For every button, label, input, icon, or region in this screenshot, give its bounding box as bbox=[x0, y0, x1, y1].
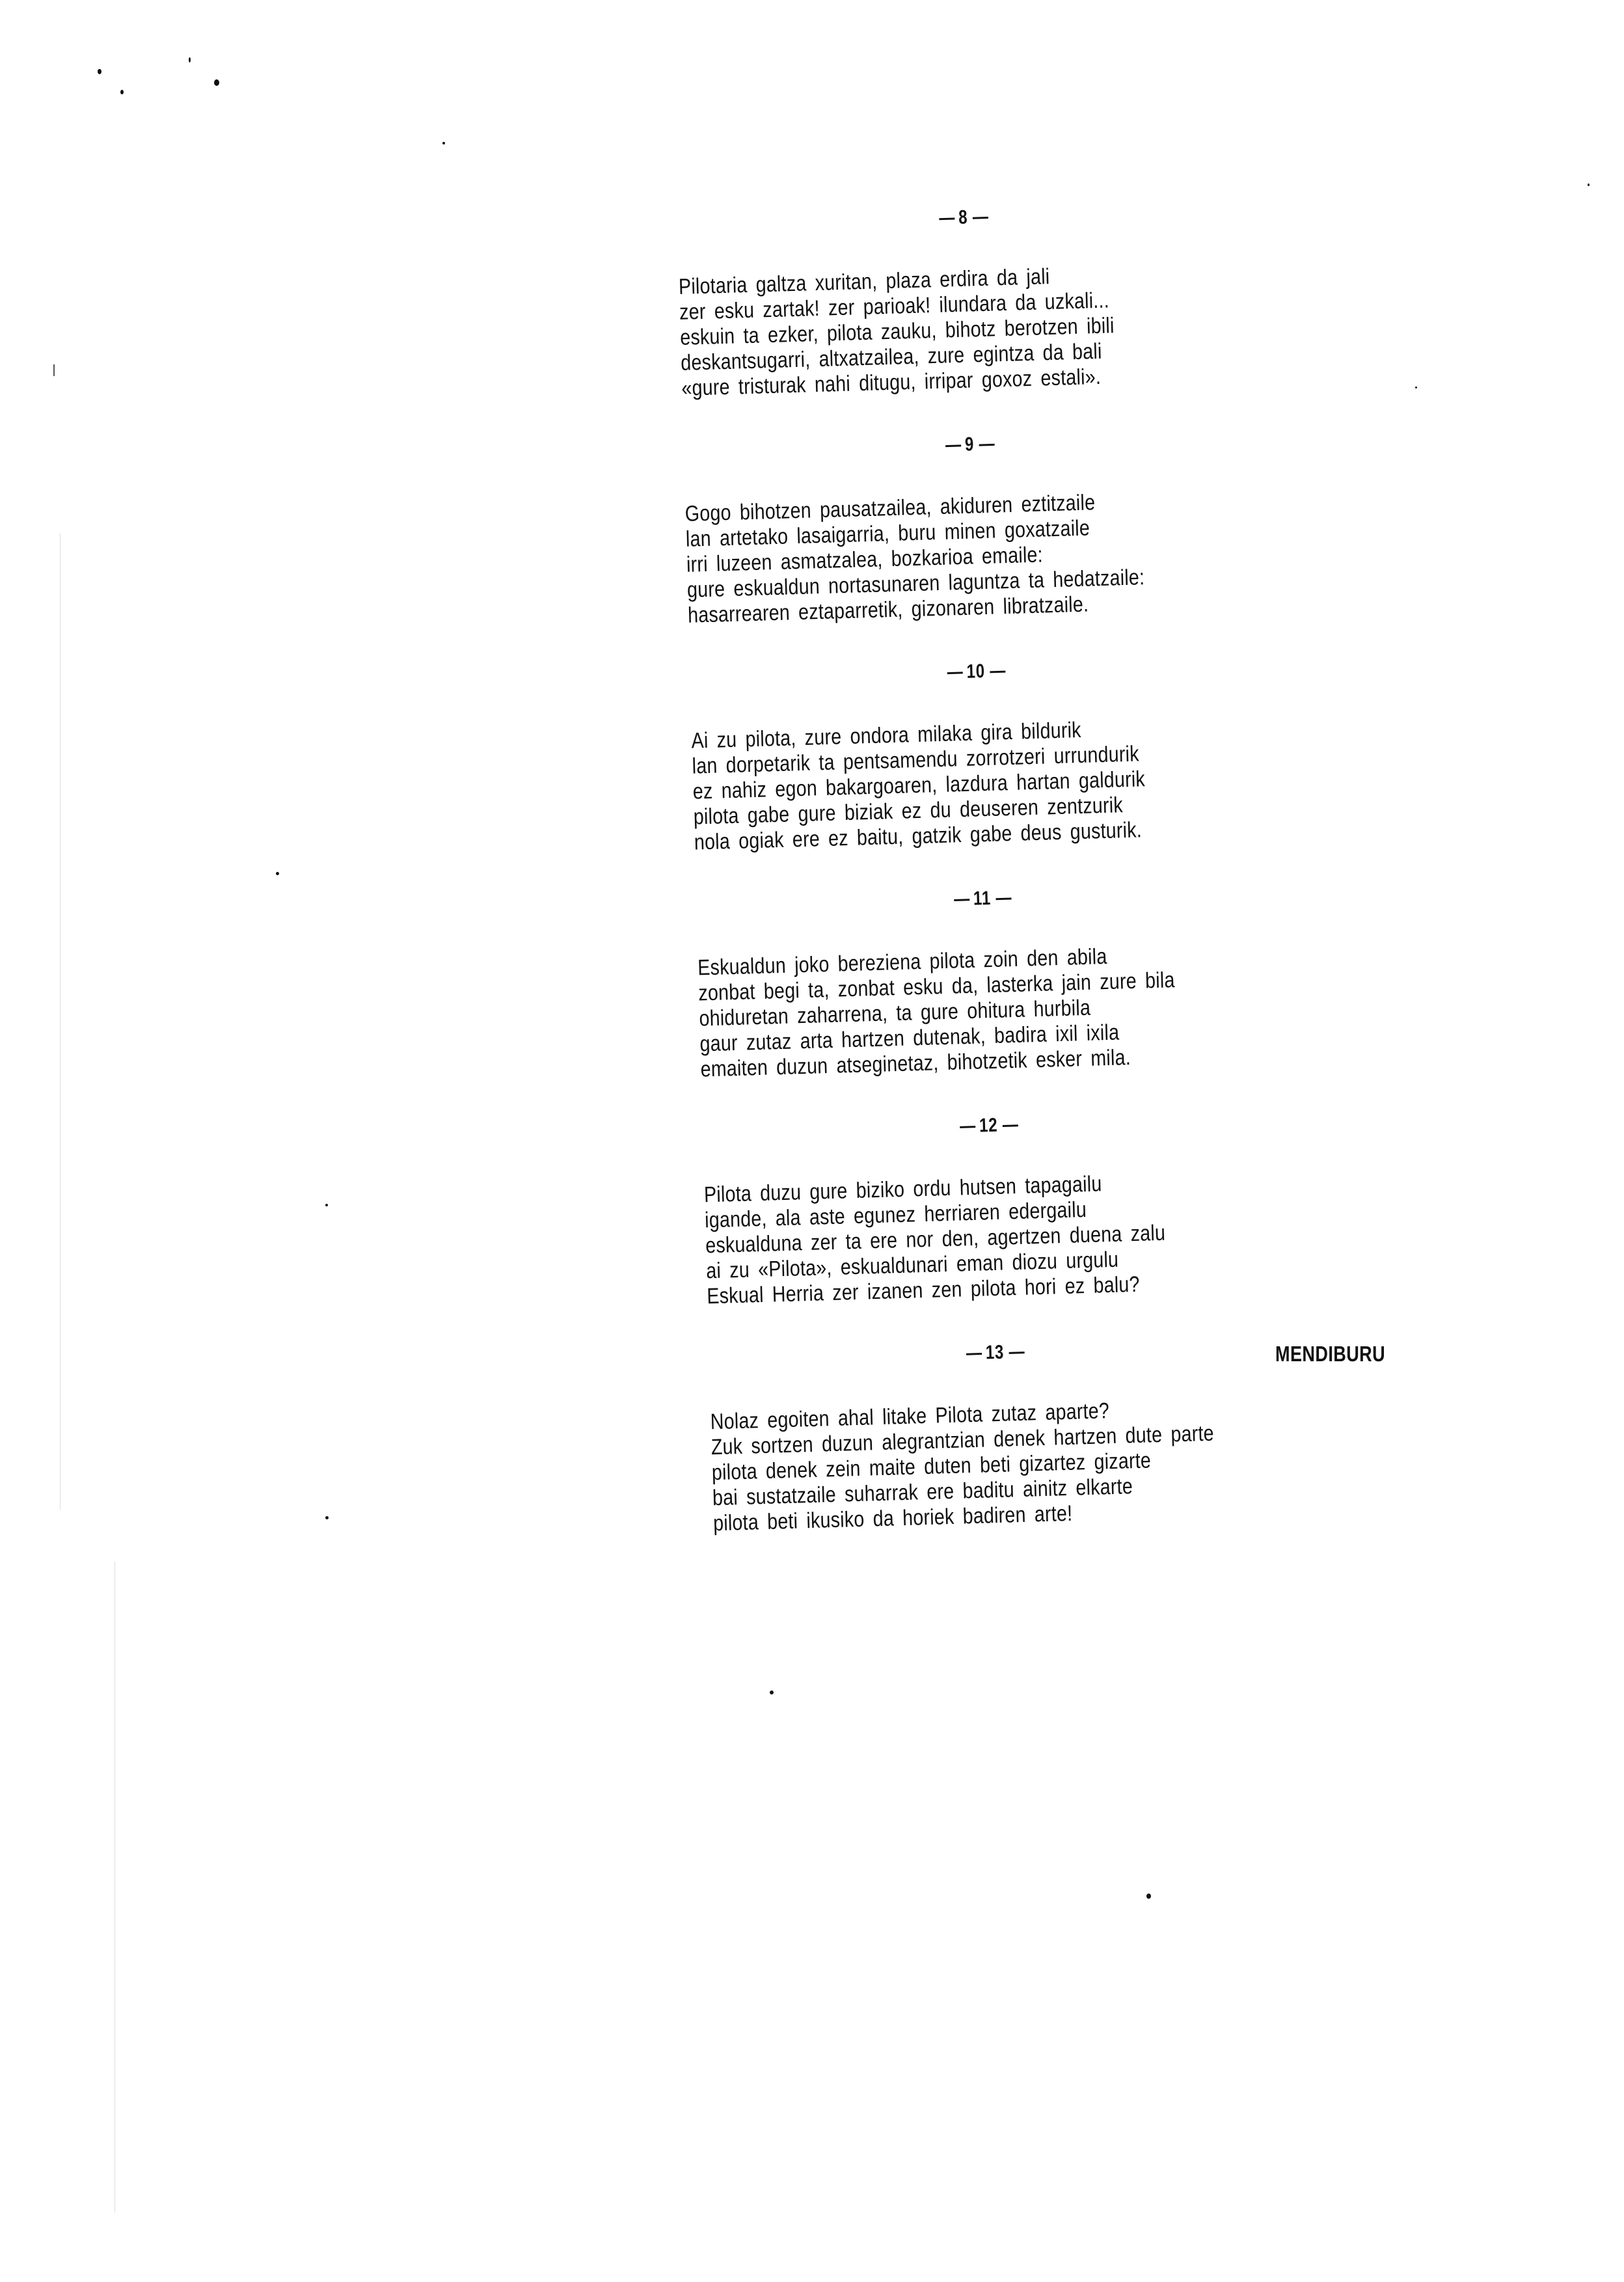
stanza-number: — 9 — bbox=[740, 428, 1199, 463]
scan-edge-mark bbox=[53, 364, 55, 376]
scan-speck bbox=[442, 142, 445, 144]
scan-speck bbox=[1146, 1894, 1151, 1899]
stanza-number: — 13 — bbox=[766, 1335, 1225, 1370]
scan-speck bbox=[1588, 183, 1590, 186]
scan-speck bbox=[325, 1516, 329, 1519]
stanza-number: — 8 — bbox=[734, 200, 1193, 236]
stanza: — 11 — Eskualdun joko bereziena pilota z… bbox=[696, 875, 1449, 1082]
scan-speck bbox=[276, 872, 279, 875]
stanza: — 10 — Ai zu pilota, zure ondora milaka … bbox=[689, 648, 1442, 856]
scan-speck bbox=[98, 69, 101, 74]
scan-speck bbox=[189, 57, 191, 62]
scan-edge-mark bbox=[115, 1562, 115, 2212]
stanza: — 8 — Pilotaria galtza xuritan, plaza er… bbox=[677, 194, 1430, 401]
scan-speck bbox=[120, 90, 124, 94]
stanza-number: — 12 — bbox=[759, 1108, 1218, 1143]
stanza: — 9 — Gogo bihotzen pausatzailea, akidur… bbox=[683, 421, 1437, 629]
author-signature: MENDIBURU bbox=[1275, 1342, 1385, 1366]
stanza-number: — 10 — bbox=[746, 655, 1205, 690]
poem-column: — 8 — Pilotaria galtza xuritan, plaza er… bbox=[677, 194, 1461, 1536]
scanned-page: — 8 — Pilotaria galtza xuritan, plaza er… bbox=[0, 0, 1624, 2282]
stanza: — 12 — Pilota duzu gure biziko ordu huts… bbox=[702, 1102, 1455, 1309]
scan-speck bbox=[214, 79, 219, 86]
scan-speck bbox=[325, 1204, 328, 1206]
stanza-number: — 11 — bbox=[753, 881, 1211, 916]
scan-speck bbox=[770, 1691, 774, 1694]
scan-edge-mark bbox=[60, 534, 61, 1510]
